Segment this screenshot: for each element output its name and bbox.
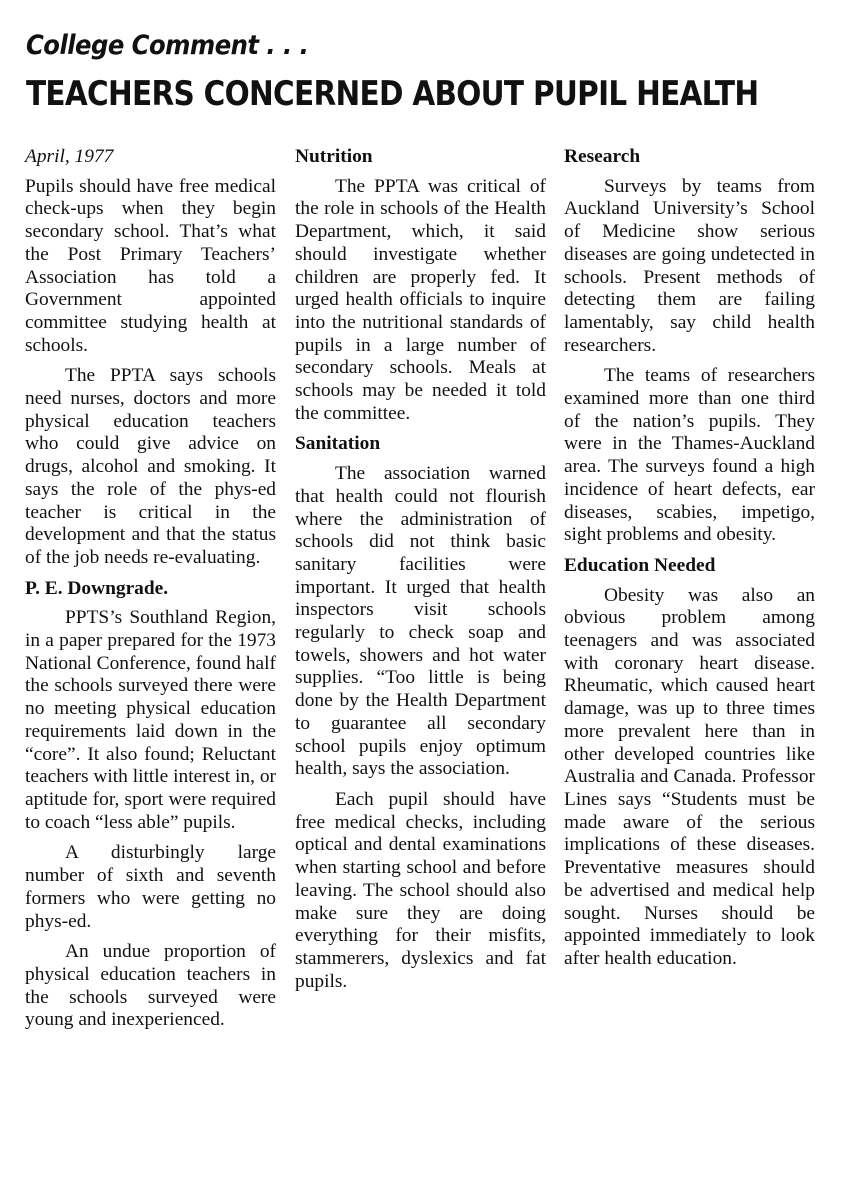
paragraph: An undue proportion of physical educatio… [25,941,276,1032]
paragraph: The PPTA was critical of the role in sch… [295,176,546,426]
subheading-sanitation: Sanitation [295,433,546,456]
paragraph: Surveys by teams from Auckland Universit… [564,176,815,358]
subheading-nutrition: Nutrition [295,146,546,169]
paragraph: Obesity was also an obvious problem amon… [564,585,815,971]
paragraph-intro: Pupils should have free medical check-up… [25,176,276,358]
paragraph: PPTS’s Southland Region, in a paper prep… [25,607,276,834]
paragraph: Each pupil should have free medical chec… [295,789,546,993]
dateline: April, 1977 [25,146,276,169]
column-1: April, 1977 Pupils should have free medi… [25,146,276,1040]
subheading-education-needed: Education Needed [564,555,815,578]
paragraph: The association warned that health could… [295,463,546,781]
subheading-research: Research [564,146,815,169]
column-2: Nutrition The PPTA was critical of the r… [295,146,546,1001]
column-3: Research Surveys by teams from Auckland … [564,146,815,979]
paragraph: A disturbingly large number of sixth and… [25,842,276,933]
paragraph: The teams of researchers examined more t… [564,365,815,547]
subheading-pe-downgrade: P. E. Downgrade. [25,578,276,601]
section-kicker: College Comment . . . [26,30,308,61]
paragraph: The PPTA says schools need nurses, docto… [25,365,276,569]
article-headline: TEACHERS CONCERNED ABOUT PUPIL HEALTH [26,74,720,114]
